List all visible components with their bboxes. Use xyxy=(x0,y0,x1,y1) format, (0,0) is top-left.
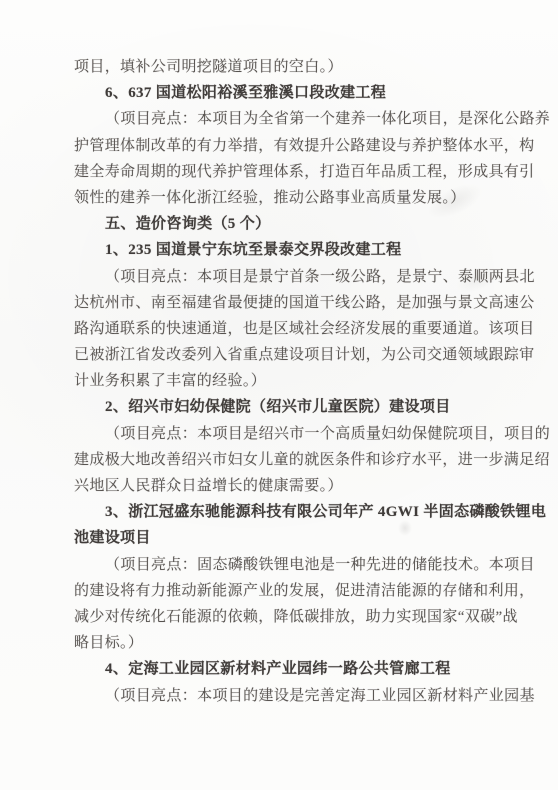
document-text-line: （项目亮点：本项目是绍兴市一个高质量妇幼保健院项目，项目的 xyxy=(74,421,500,447)
document-text-line: 护管理体制改革的有力举措，有效提升公路建设与养护整体水平，构 xyxy=(74,133,500,159)
document-heading-line: 3、浙江冠盛东驰能源科技有限公司年产 4GWI 半固态磷酸铁锂电 xyxy=(74,499,500,525)
document-heading-line: 池建设项目 xyxy=(74,525,500,551)
document-text-line: 计业务积累了丰富的经验。） xyxy=(74,368,500,394)
document-text-line: 已被浙江省发改委列入省重点建设项目计划，为公司交通领域跟踪审 xyxy=(74,342,500,368)
document-text-line: 领性的建养一体化浙江经验，推动公路事业高质量发展。） xyxy=(74,185,500,211)
document-text-line: （项目亮点：本项目为全省第一个建养一体化项目，是深化公路养 xyxy=(74,106,500,132)
document-heading-line: 2、绍兴市妇幼保健院（绍兴市儿童医院）建设项目 xyxy=(74,394,500,420)
document-text-line: 减少对传统化石能源的依赖，降低碳排放，助力实现国家“双碳”战 xyxy=(74,604,500,630)
document-page: 项目，填补公司明挖隧道项目的空白。）6、637 国道松阳裕溪至雅溪口段改建工程（… xyxy=(0,0,558,790)
document-body: 项目，填补公司明挖隧道项目的空白。）6、637 国道松阳裕溪至雅溪口段改建工程（… xyxy=(74,54,500,709)
document-text-line: 的建设将有力推动新能源产业的发展，促进清洁能源的存储和利用， xyxy=(74,578,500,604)
document-text-line: （项目亮点：本项目是景宁首条一级公路，是景宁、泰顺两县北 xyxy=(74,264,500,290)
document-text-line: 略目标。） xyxy=(74,630,500,656)
document-text-line: 达杭州市、南至福建省最便捷的国道干线公路，是加强与景文高速公 xyxy=(74,290,500,316)
document-text-line: 建全寿命周期的现代养护管理体系，打造百年品质工程，形成具有引 xyxy=(74,159,500,185)
document-text-line: （项目亮点：本项目的建设是完善定海工业园区新材料产业园基 xyxy=(74,683,500,709)
document-heading-line: 五、造价咨询类（5 个） xyxy=(74,211,500,237)
document-text-line: 路沟通联系的快速通道，也是区域社会经济发展的重要通道。该项目 xyxy=(74,316,500,342)
document-text-line: 项目，填补公司明挖隧道项目的空白。） xyxy=(74,54,500,80)
document-heading-line: 6、637 国道松阳裕溪至雅溪口段改建工程 xyxy=(74,80,500,106)
document-heading-line: 4、定海工业园区新材料产业园纬一路公共管廊工程 xyxy=(74,656,500,682)
document-text-line: 兴地区人民群众日益增长的健康需要。） xyxy=(74,473,500,499)
document-text-line: （项目亮点：固态磷酸铁锂电池是一种先进的储能技术。本项目 xyxy=(74,552,500,578)
document-text-line: 建成极大地改善绍兴市妇女儿童的就医条件和诊疗水平，进一步满足绍 xyxy=(74,447,500,473)
document-heading-line: 1、235 国道景宁东坑至景泰交界段改建工程 xyxy=(74,237,500,263)
